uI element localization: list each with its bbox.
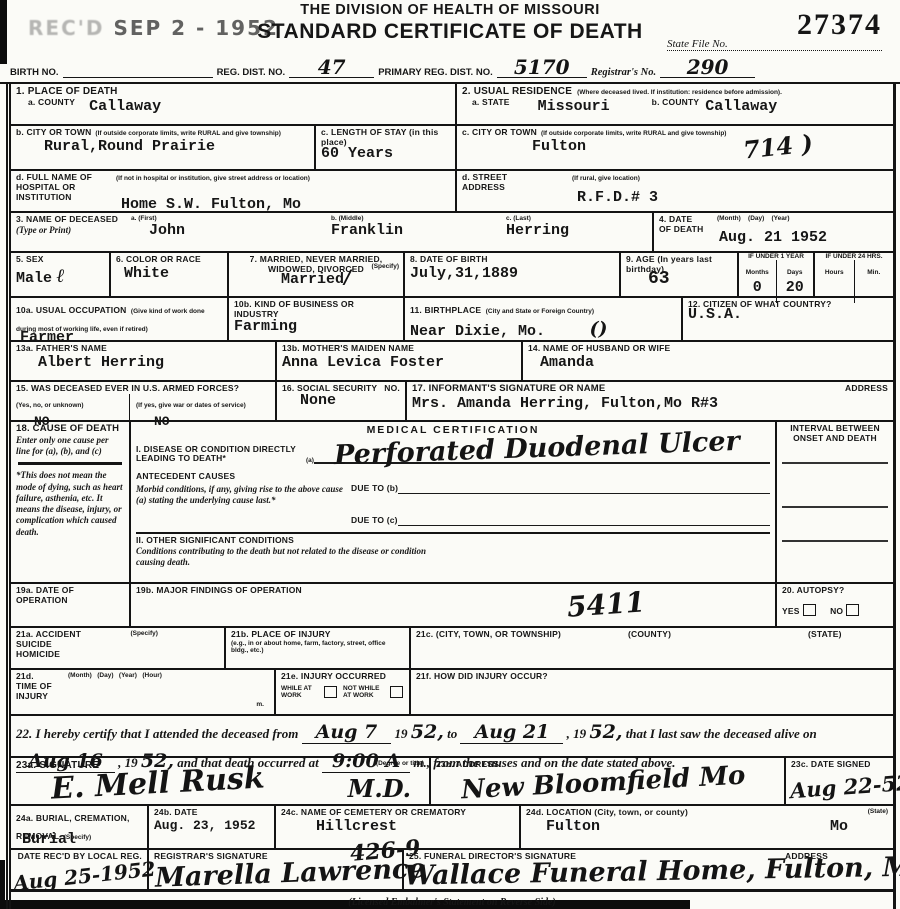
row-certification: 22. I hereby certify that I attended the… xyxy=(11,716,893,758)
injury-place-note: (e.g., in or about home, farm, factory, … xyxy=(231,640,404,654)
accident-label: 21a. ACCIDENT SUICIDE HOMICIDE xyxy=(16,630,96,659)
row-injury-time: 21d. TIME OF INJURY (Month) (Day) (Year)… xyxy=(11,670,893,716)
last-name-label: c. (Last) xyxy=(506,215,647,222)
row-occupation: 10a. USUAL OCCUPATION (Give kind of work… xyxy=(11,298,893,342)
hours-label: Hours xyxy=(825,269,844,276)
autopsy-no-checkbox xyxy=(846,604,859,616)
field-interval: INTERVAL BETWEEN ONSET AND DEATH xyxy=(777,422,893,582)
row-family: 13a. FATHER'S NAME Albert Herring 13b. M… xyxy=(11,342,893,382)
date-signed-label: 23c. DATE SIGNED xyxy=(791,760,888,770)
mother-label: 13b. MOTHER'S MAIDEN NAME xyxy=(282,344,516,354)
field-how-injury-occurred: 21f. HOW DID INJURY OCCUR? xyxy=(411,670,893,714)
field-burial-date: 24b. DATE Aug. 23, 1952 xyxy=(149,806,276,848)
row-name-deathdate: 3. NAME OF DECEASED (Type or Print) a. (… xyxy=(11,213,893,253)
burial-state-label: (State) xyxy=(868,808,888,818)
birthplace-value: Near Dixie, Mo. xyxy=(410,323,545,340)
residence-note: (Where deceased lived. If institution: r… xyxy=(577,89,782,96)
field-industry: 10b. KIND OF BUSINESS OR INDUSTRY Farmin… xyxy=(229,298,405,340)
birth-no-blank xyxy=(63,77,213,78)
autopsy-yes-label: YES xyxy=(782,606,800,616)
certify-hand-from-date: Aug 7 xyxy=(302,721,392,744)
disease-a-tag: (a) xyxy=(306,457,314,464)
burial-date-value: Aug. 23, 1952 xyxy=(154,818,269,833)
street-label: d. STREET ADDRESS xyxy=(462,173,532,193)
registration-line: BIRTH NO. REG. DIST. NO. 47 PRIMARY REG.… xyxy=(10,59,890,78)
father-value: Albert Herring xyxy=(38,354,270,371)
date-of-death-value: Aug. 21 1952 xyxy=(719,229,888,246)
hospital-note: (If not in hospital or institution, give… xyxy=(116,175,310,182)
form-grid: 1. PLACE OF DEATH a. COUNTY Callaway 2. … xyxy=(6,84,896,909)
certify-text-3: to xyxy=(447,726,457,741)
field-occupation: 10a. USUAL OCCUPATION (Give kind of work… xyxy=(11,298,229,340)
race-label: 6. COLOR OR RACE xyxy=(116,255,222,265)
certificate-title: STANDARD CERTIFICATE OF DEATH xyxy=(240,20,660,44)
not-while-at-work-checkbox xyxy=(390,686,403,698)
injury-city-label: 21c. (CITY, TOWN, OR TOWNSHIP) xyxy=(416,630,628,640)
field-street-address: d. STREET ADDRESS (If rural, give locati… xyxy=(457,171,893,211)
field-physician-address: 23b. ADDRESS New Bloomfield Mo xyxy=(431,758,786,804)
field-physician-signature: 23a. SIGNATURE (Degree or title) E. Mell… xyxy=(11,758,431,804)
burial-state-value: Mo xyxy=(830,818,848,835)
header: REC'D SEP 2 - 1952 THE DIVISION OF HEALT… xyxy=(0,0,900,84)
field-residence-city: c. CITY OR TOWN (If outside corporate li… xyxy=(457,126,893,169)
mother-value: Anna Levica Foster xyxy=(282,354,516,371)
cause-note1: Enter only one cause per line for (a), (… xyxy=(16,435,124,458)
field-age: 9. AGE (In years last birthday) 63 xyxy=(621,253,739,296)
stamp-prefix: REC'D xyxy=(28,16,104,40)
field-medical-certification: MEDICAL CERTIFICATION I. DISEASE OR COND… xyxy=(131,422,777,582)
spouse-label: 14. NAME OF HUSBAND OR WIFE xyxy=(528,344,888,354)
field-father: 13a. FATHER'S NAME Albert Herring xyxy=(11,342,277,380)
antecedent-label: ANTECEDENT CAUSES xyxy=(136,472,770,482)
injury-time-meridiem: m. xyxy=(256,701,264,708)
last-name-value: Herring xyxy=(506,222,647,239)
field-date-of-birth: 8. DATE OF BIRTH July,31,1889 xyxy=(405,253,621,296)
row-cause-of-death: 18. CAUSE OF DEATH Enter only one cause … xyxy=(11,422,893,584)
dob-value: July,31,1889 xyxy=(410,265,614,282)
field-spouse: 14. NAME OF HUSBAND OR WIFE Amanda xyxy=(523,342,893,380)
certify-hand-from-year: 52, xyxy=(411,721,444,743)
row-injury-kind: 21a. ACCIDENT SUICIDE HOMICIDE (Specify)… xyxy=(11,628,893,670)
row-hospital-street: d. FULL NAME OF HOSPITAL OR INSTITUTION … xyxy=(11,171,893,213)
months-label: Months xyxy=(746,269,769,276)
marital-specify-note: (Specify) xyxy=(372,263,399,270)
field-injury-location: 21c. (CITY, TOWN, OR TOWNSHIP) (COUNTY) … xyxy=(411,628,893,668)
field-first-name: a. (First) John xyxy=(126,213,326,251)
race-value: White xyxy=(124,265,222,282)
field-armed-forces: 15. WAS DECEASED EVER IN U.S. ARMED FORC… xyxy=(11,382,277,420)
field-accident-suicide: 21a. ACCIDENT SUICIDE HOMICIDE (Specify) xyxy=(11,628,226,668)
residence-label: 2. USUAL RESIDENCE xyxy=(462,86,572,98)
certificate-sheet: REC'D SEP 2 - 1952 THE DIVISION OF HEALT… xyxy=(0,0,900,909)
birthplace-note: (City and State or Foreign Country) xyxy=(486,308,594,315)
field-under-1-year: IF UNDER 1 YEAR Months0 Days20 xyxy=(739,253,815,296)
autopsy-yes-checkbox xyxy=(803,604,816,616)
state-file: 27374 State File No. xyxy=(667,8,882,51)
while-at-work-label: WHILE AT WORK xyxy=(281,685,315,699)
cemetery-value: Hillcrest xyxy=(316,818,514,835)
field-place-of-death: 1. PLACE OF DEATH a. COUNTY Callaway xyxy=(11,84,457,124)
burial-location-label: 24d. LOCATION (City, town, or county) xyxy=(526,808,688,818)
field-hospital: d. FULL NAME OF HOSPITAL OR INSTITUTION … xyxy=(11,171,457,211)
hospital-value: Home S.W. Fulton, Mo xyxy=(121,196,450,213)
first-name-value: John xyxy=(149,222,321,239)
injury-state-label: (STATE) xyxy=(808,630,888,640)
place-county-label: a. COUNTY xyxy=(28,98,75,115)
field-date-signed: 23c. DATE SIGNED Aug 22-52 xyxy=(786,758,893,804)
date-received-handwriting: Aug 25-1952 xyxy=(12,857,157,896)
injury-time-columns: (Month) (Day) (Year) (Hour) xyxy=(68,672,162,701)
other-conditions-note: Conditions contributing to the death but… xyxy=(136,546,436,569)
min-col: Min. xyxy=(855,260,894,303)
findings-label: 19b. MAJOR FINDINGS OF OPERATION xyxy=(136,586,770,596)
burial-location-value: Fulton xyxy=(546,818,600,835)
hospital-label: d. FULL NAME OF HOSPITAL OR INSTITUTION xyxy=(16,173,111,202)
field-name-label: 3. NAME OF DECEASED (Type or Print) xyxy=(11,213,126,251)
place-city-label: b. CITY OR TOWN xyxy=(16,128,91,138)
residence-state-value: Missouri xyxy=(538,98,610,115)
spouse-value: Amanda xyxy=(540,354,888,371)
sex-value: Male xyxy=(16,270,52,287)
field-date-of-death: 4. DATE OF DEATH (Month) (Day) (Year) Au… xyxy=(654,213,893,251)
field-sex: 5. SEX Male ℓ xyxy=(11,253,111,296)
field-citizen: 12. CITIZEN OF WHAT COUNTRY? U.S.A. xyxy=(683,298,893,340)
row-registrar: DATE REC'D BY LOCAL REG. Aug 25-1952 REG… xyxy=(11,850,893,892)
certify-text-1: 22. I hereby certify that I attended the… xyxy=(16,726,298,741)
age-value: 63 xyxy=(648,269,732,289)
days-label: Days xyxy=(787,269,803,276)
residence-city-label: c. CITY OR TOWN xyxy=(462,128,537,138)
cemetery-label: 24c. NAME OF CEMETERY OR CREMATORY xyxy=(281,808,514,818)
industry-value: Farming xyxy=(234,318,398,335)
residence-city-value: Fulton xyxy=(532,138,888,155)
division-title: THE DIVISION OF HEALTH OF MISSOURI xyxy=(240,2,660,18)
field-ssn: 16. SOCIAL SECURITYNO. None xyxy=(277,382,407,420)
field-length-of-stay: c. LENGTH OF STAY (in this place) 60 Yea… xyxy=(316,126,457,169)
accident-specify-note: (Specify) xyxy=(130,630,157,637)
row-burial: 24a. BURIAL, CREMATION, REMOVAL (Specify… xyxy=(11,806,893,850)
place-city-value: Rural,Round Prairie xyxy=(44,138,309,155)
certify-text-5: that I last saw the deceased alive on xyxy=(626,726,817,741)
days-value: 20 xyxy=(777,279,814,296)
findings-handwriting: 5411 xyxy=(566,585,646,623)
street-note: (If rural, give location) xyxy=(572,175,640,182)
sex-pen-mark: ℓ xyxy=(56,265,64,287)
field-injury-occurred: 21e. INJURY OCCURRED WHILE AT WORK NOT W… xyxy=(276,670,411,714)
state-file-number: 27374 xyxy=(667,8,882,42)
field-funeral-director: 25. FUNERAL DIRECTOR'S SIGNATURE ADDRESS… xyxy=(404,850,893,889)
registrar-no-handwriting: 290 xyxy=(687,55,729,79)
months-value: 0 xyxy=(739,279,776,296)
first-name-label: a. (First) xyxy=(131,215,321,222)
street-value: R.F.D.# 3 xyxy=(577,189,888,206)
length-of-stay-value: 60 Years xyxy=(321,145,450,162)
ssn-no-label: NO. xyxy=(384,384,400,394)
certify-text-4: , 19 xyxy=(567,726,587,741)
residence-county-label: b. COUNTY xyxy=(652,98,700,115)
informant-address-label: ADDRESS xyxy=(845,384,888,395)
under-1-year-label: IF UNDER 1 YEAR xyxy=(739,253,813,260)
place-city-note: (If outside corporate limits, write RURA… xyxy=(95,130,281,137)
armed-forces-label: 15. WAS DECEASED EVER IN U.S. ARMED FORC… xyxy=(16,384,270,394)
middle-name-value: Franklin xyxy=(331,222,496,239)
row-vitals: 5. SEX Male ℓ 6. COLOR OR RACE White 7. … xyxy=(11,253,893,298)
field-mother: 13b. MOTHER'S MAIDEN NAME Anna Levica Fo… xyxy=(277,342,523,380)
embalmer-note: (Licensed Embalmer's Statement on Revers… xyxy=(348,897,555,908)
residence-scribble-handwriting: 714 ) xyxy=(742,128,814,164)
field-burial-type: 24a. BURIAL, CREMATION, REMOVAL (Specify… xyxy=(11,806,149,848)
ssn-value: None xyxy=(300,392,400,409)
title-block: THE DIVISION OF HEALTH OF MISSOURI STAND… xyxy=(240,2,660,44)
armed-forces-note1: (Yes, no, or unknown) xyxy=(16,402,84,409)
marital-value: Married xyxy=(281,271,344,288)
name-type-note: (Type or Print) xyxy=(16,225,121,236)
field-operation-date: 19a. DATE OF OPERATION xyxy=(11,584,131,626)
field-under-24-hrs: IF UNDER 24 HRS. Hours Min. xyxy=(815,253,893,296)
row-place-residence: 1. PLACE OF DEATH a. COUNTY Callaway 2. … xyxy=(11,84,893,126)
cause-note2: *This does not mean the mode of dying, s… xyxy=(16,470,124,538)
months-col: Months0 xyxy=(739,260,777,303)
informant-value: Mrs. Amanda Herring, Fulton,Mo R#3 xyxy=(412,395,888,412)
armed-forces-note2: (If yes, give war or dates of service) xyxy=(136,402,246,409)
birthplace-pen-mark: () xyxy=(589,318,607,340)
field-race: 6. COLOR OR RACE White xyxy=(111,253,229,296)
injury-county-label: (COUNTY) xyxy=(628,630,808,640)
not-while-at-work-label: NOT WHILE AT WORK xyxy=(343,685,381,699)
disease-label: I. DISEASE OR CONDITION DIRECTLY LEADING… xyxy=(136,445,306,465)
occupation-label: 10a. USUAL OCCUPATION xyxy=(16,305,126,315)
reg-dist-label: REG. DIST. NO. xyxy=(217,67,286,78)
while-at-work-checkbox xyxy=(324,686,337,698)
antecedent-note: Morbid conditions, if any, giving rise t… xyxy=(136,484,351,507)
residence-state-label: a. STATE xyxy=(472,98,510,115)
degree-handwriting: M.D. xyxy=(348,774,411,803)
date-of-death-label: 4. DATE OF DEATH xyxy=(659,215,707,235)
reg-dist-value: 47 xyxy=(289,59,374,78)
hours-col: Hours xyxy=(815,260,855,303)
field-place-city: b. CITY OR TOWN (If outside corporate li… xyxy=(11,126,316,169)
name-of-deceased-label: 3. NAME OF DECEASED xyxy=(16,215,121,225)
row-operation: 19a. DATE OF OPERATION 19b. MAJOR FINDIN… xyxy=(11,584,893,628)
informant-label: 17. INFORMANT'S SIGNATURE OR NAME xyxy=(412,384,605,395)
form-footer: (Licensed Embalmer's Statement on Revers… xyxy=(11,892,893,909)
days-col: Days20 xyxy=(777,260,814,303)
field-date-received: DATE REC'D BY LOCAL REG. Aug 25-1952 xyxy=(11,850,149,889)
min-label: Min. xyxy=(867,269,880,276)
field-marital-status: 7. MARRIED, NEVER MARRIED, WIDOWED, DIVO… xyxy=(229,253,405,296)
due-to-c-label: DUE TO (c) xyxy=(351,516,398,526)
interval-label: INTERVAL BETWEEN ONSET AND DEATH xyxy=(782,424,888,444)
field-birthplace: 11. BIRTHPLACE (City and State or Foreig… xyxy=(405,298,683,340)
field-cause-instructions: 18. CAUSE OF DEATH Enter only one cause … xyxy=(11,422,131,582)
registrar-no-value: 290 xyxy=(660,59,755,78)
due-to-b-label: DUE TO (b) xyxy=(351,484,398,494)
sex-label: 5. SEX xyxy=(16,255,104,265)
field-burial-location: 24d. LOCATION (City, town, or county) (S… xyxy=(521,806,893,848)
date-signed-handwriting: Aug 22-52 xyxy=(789,770,900,803)
field-certify-statement: 22. I hereby certify that I attended the… xyxy=(11,716,893,756)
birth-no-label: BIRTH NO. xyxy=(10,67,59,78)
certify-hand-to-date: Aug 21 xyxy=(460,721,563,744)
row-city-stay: b. CITY OR TOWN (If outside corporate li… xyxy=(11,126,893,171)
row-service-informant: 15. WAS DECEASED EVER IN U.S. ARMED FORC… xyxy=(11,382,893,422)
certify-hand-to-year: 52, xyxy=(589,721,622,743)
autopsy-label: 20. AUTOPSY? xyxy=(782,586,888,596)
field-time-of-injury: 21d. TIME OF INJURY (Month) (Day) (Year)… xyxy=(11,670,276,714)
middle-name-label: b. (Middle) xyxy=(331,215,496,222)
residence-county-value: Callaway xyxy=(705,98,777,115)
primary-reg-value: 5170 xyxy=(497,59,587,78)
injury-time-label: 21d. TIME OF INJURY xyxy=(16,672,56,701)
injury-place-label: 21b. PLACE OF INJURY xyxy=(231,630,404,640)
marital-pen-mark: / xyxy=(344,266,351,288)
residence-city-note: (If outside corporate limits, write RURA… xyxy=(541,130,727,137)
place-county-value: Callaway xyxy=(89,98,161,115)
field-last-name: c. (Last) Herring xyxy=(501,213,654,251)
under-24-label: IF UNDER 24 HRS. xyxy=(815,253,893,260)
certify-text-2: 19 xyxy=(395,726,408,741)
operation-date-label: 19a. DATE OF OPERATION xyxy=(16,586,124,606)
father-label: 13a. FATHER'S NAME xyxy=(16,344,270,354)
field-informant: 17. INFORMANT'S SIGNATURE OR NAMEADDRESS… xyxy=(407,382,893,420)
reg-dist-handwriting: 47 xyxy=(318,55,346,79)
injury-occurred-label: 21e. INJURY OCCURRED xyxy=(281,672,404,682)
field-usual-residence: 2. USUAL RESIDENCE (Where deceased lived… xyxy=(457,84,893,124)
birthplace-label: 11. BIRTHPLACE xyxy=(410,305,481,315)
primary-reg-label: PRIMARY REG. DIST. NO. xyxy=(378,67,493,78)
field-place-of-injury: 21b. PLACE OF INJURY (e.g., in or about … xyxy=(226,628,411,668)
how-injury-label: 21f. HOW DID INJURY OCCUR? xyxy=(416,672,888,682)
dob-label: 8. DATE OF BIRTH xyxy=(410,255,614,265)
registrar-no-label: Registrar's No. xyxy=(591,67,656,78)
degree-label: (Degree or title) xyxy=(376,760,424,772)
place-of-death-label: 1. PLACE OF DEATH xyxy=(16,86,450,98)
row-physician: 23a. SIGNATURE (Degree or title) E. Mell… xyxy=(11,758,893,806)
burial-date-label: 24b. DATE xyxy=(154,808,269,818)
autopsy-no-label: NO xyxy=(830,606,843,616)
field-autopsy: 20. AUTOPSY? YES NO xyxy=(777,584,893,626)
field-registrar-signature: REGISTRAR'S SIGNATURE Marella Lawrence 4… xyxy=(149,850,404,889)
field-operation-findings: 19b. MAJOR FINDINGS OF OPERATION 5411 xyxy=(131,584,777,626)
primary-reg-handwriting: 5170 xyxy=(514,55,570,79)
other-conditions-label: II. OTHER SIGNIFICANT CONDITIONS xyxy=(136,536,770,546)
cause-of-death-label: 18. CAUSE OF DEATH xyxy=(16,424,124,435)
field-middle-name: b. (Middle) Franklin xyxy=(326,213,501,251)
